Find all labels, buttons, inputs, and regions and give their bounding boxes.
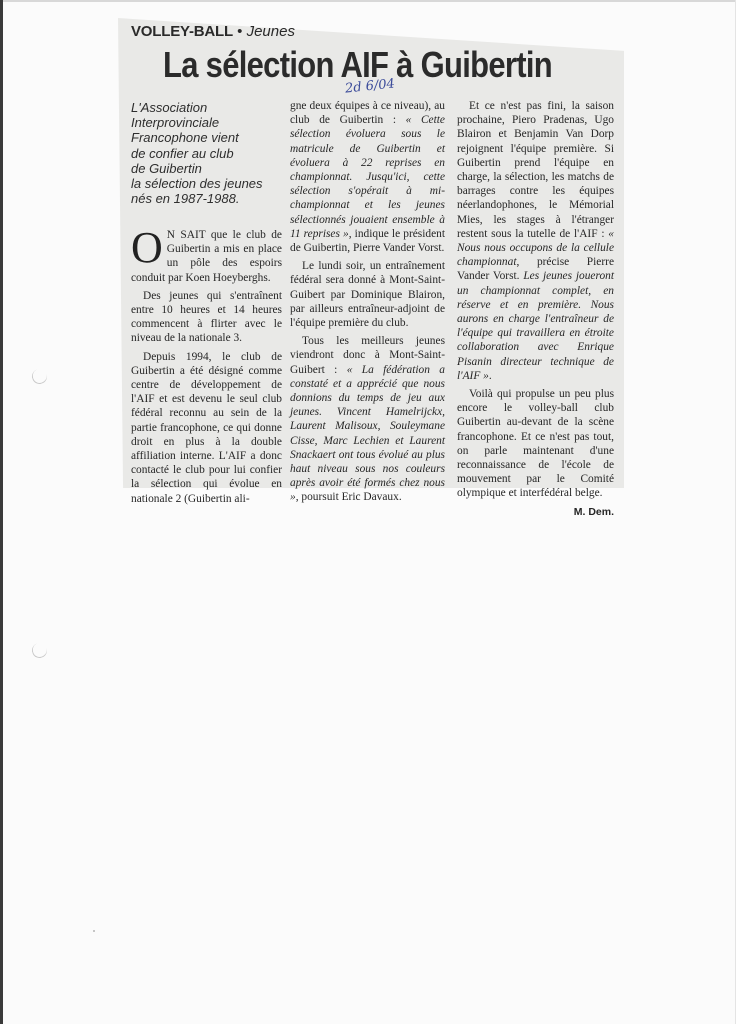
paragraph: Le lundi soir, un entraînement fédéral s…	[290, 259, 445, 330]
paragraph: ON SAIT que le club de Guibertin a mis e…	[131, 228, 282, 285]
scan-edge-left	[0, 0, 3, 1024]
scan-edge-top	[0, 0, 736, 2]
punch-hole-top	[30, 367, 49, 386]
paragraph: Voilà qui propulse un peu plus encore le…	[457, 387, 614, 501]
dropcap: O	[131, 230, 163, 266]
article-lead: L'Association Interprovinciale Francopho…	[131, 100, 281, 206]
paragraph: Tous les meilleurs jeunes viendront donc…	[290, 334, 445, 504]
section-label: Jeunes	[247, 23, 295, 40]
paragraph: Et ce n'est pas fini, la saison prochain…	[457, 99, 614, 383]
article-column-2: gne deux équipes à ce niveau), au club d…	[290, 99, 445, 509]
article-column-3: Et ce n'est pas fini, la saison prochain…	[457, 99, 614, 523]
article-kicker: VOLLEY-BALL • Jeunes	[131, 23, 295, 40]
quote-text: Les jeunes joueront un championnat compl…	[457, 270, 614, 381]
kicker-bullet: •	[237, 23, 242, 40]
paragraph: gne deux équipes à ce niveau), au club d…	[290, 99, 445, 255]
punch-hole-bottom	[30, 641, 49, 660]
paragraph-text: , poursuit Eric Davaux.	[296, 491, 402, 503]
quote-text: « La fédération a constaté et a apprécié…	[290, 364, 445, 504]
author-signature: M. Dem.	[457, 505, 614, 519]
scan-speck	[93, 930, 95, 932]
quote-text: « Cette sélection évoluera sous le matri…	[290, 114, 445, 240]
article-column-1: ON SAIT que le club de Guibertin a mis e…	[131, 228, 282, 510]
rubric-label: VOLLEY-BALL	[131, 23, 233, 40]
paragraph-text: .	[489, 370, 492, 382]
paragraph: Des jeunes qui s'entraînent entre 10 heu…	[131, 289, 282, 346]
paragraph: Depuis 1994, le club de Guibertin a été …	[131, 350, 282, 506]
paragraph-text: Et ce n'est pas fini, la saison prochain…	[457, 100, 614, 240]
